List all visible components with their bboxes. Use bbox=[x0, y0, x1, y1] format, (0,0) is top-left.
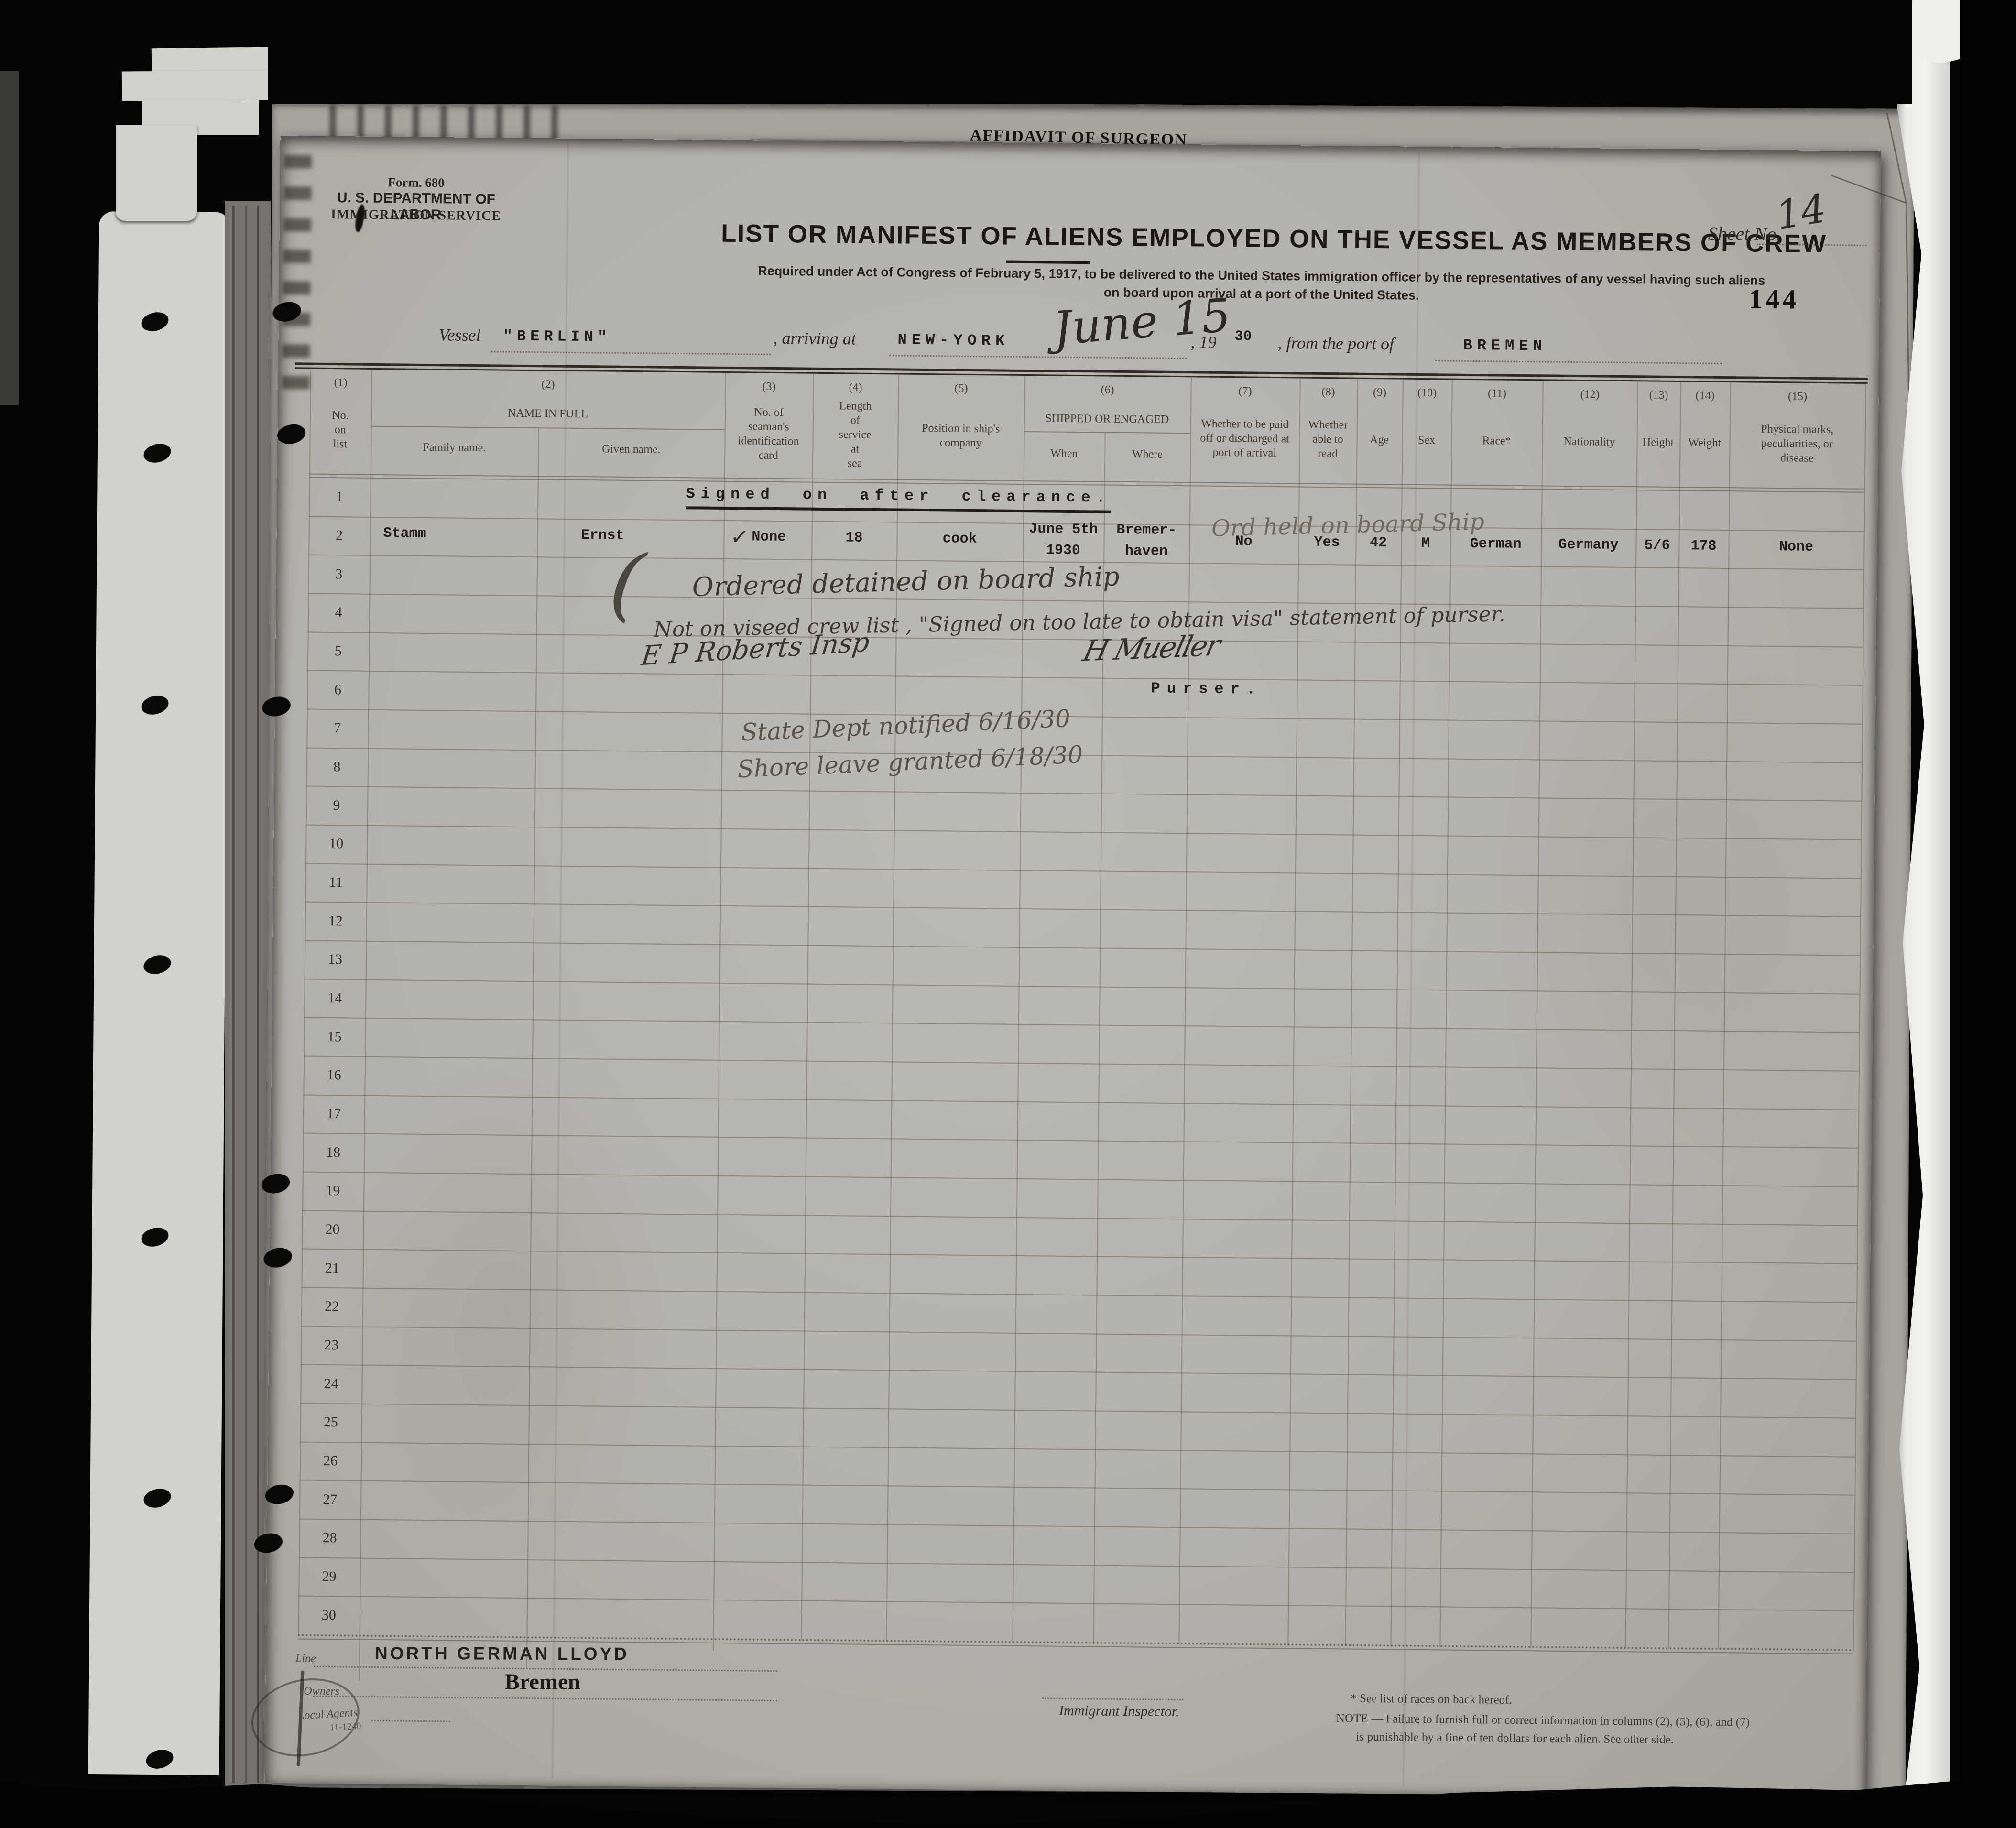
paper-stack-corner bbox=[116, 125, 197, 221]
races-note: * See list of races on back hereof. bbox=[1351, 1692, 1512, 1707]
crew-id-card-value: None bbox=[752, 529, 786, 546]
row-number: 26 bbox=[300, 1441, 361, 1480]
table-column-line bbox=[713, 373, 726, 1651]
table-row-line bbox=[303, 1094, 1858, 1110]
table-row-line bbox=[300, 1480, 1855, 1496]
row-number: 30 bbox=[298, 1596, 360, 1635]
crew-cell-id-card: ✓None bbox=[723, 517, 812, 558]
row-number: 4 bbox=[308, 593, 370, 632]
column-header: Length of service at sea bbox=[812, 393, 898, 477]
row1-note: Signed on after clearance. bbox=[686, 485, 1111, 513]
port-stamp: Bremen bbox=[505, 1669, 580, 1695]
column-subheader: Where bbox=[1104, 444, 1190, 465]
table-column-line bbox=[1345, 380, 1358, 1646]
column-header: Whether able to read bbox=[1299, 398, 1357, 480]
column-header: Weight bbox=[1679, 402, 1730, 484]
crew-cell-height: 5/6 bbox=[1635, 525, 1679, 566]
crew-cell-weight: 178 bbox=[1678, 526, 1729, 566]
row-number: 24 bbox=[300, 1364, 362, 1404]
row-number: 6 bbox=[307, 670, 369, 709]
table-row-line bbox=[301, 1326, 1856, 1341]
row-number: 14 bbox=[304, 979, 366, 1018]
table-column-line bbox=[1178, 378, 1191, 1644]
paper-sliver bbox=[0, 71, 19, 405]
table-row-line bbox=[307, 670, 1863, 686]
table-column-line bbox=[1718, 383, 1731, 1650]
table-column-line bbox=[1625, 382, 1638, 1649]
row-number: 25 bbox=[300, 1403, 361, 1442]
row-number: 27 bbox=[299, 1480, 361, 1519]
microfilm-scan: AFFIDAVIT OF SURGEON Form. 680 U bbox=[0, 0, 2016, 1828]
table-row-line bbox=[306, 825, 1861, 840]
crew-cell-shipped: Bremer- haven bbox=[1103, 518, 1189, 565]
row-number: 3 bbox=[308, 555, 370, 594]
column-header: Sex bbox=[1402, 399, 1452, 482]
table-row-line bbox=[300, 1403, 1855, 1419]
row-number: 22 bbox=[301, 1287, 363, 1327]
column-header: Nationality bbox=[1542, 400, 1637, 483]
row-number: 28 bbox=[299, 1519, 360, 1558]
row-number: 13 bbox=[305, 940, 366, 979]
checkmark-glyph: ✓ bbox=[730, 522, 748, 553]
column-subheader: Family name. bbox=[371, 437, 538, 458]
paper-edge-line bbox=[245, 206, 247, 1783]
line-label: Line bbox=[295, 1652, 316, 1665]
row-number: 9 bbox=[306, 786, 368, 825]
form-code: 11-1240 bbox=[329, 1721, 361, 1734]
table-row-line bbox=[299, 1519, 1854, 1534]
crew-cell-nationality: Germany bbox=[1541, 524, 1636, 566]
row-number: 15 bbox=[304, 1017, 365, 1056]
column-header: SHIPPED OR ENGAGED bbox=[1024, 404, 1191, 434]
row-number: 2 bbox=[308, 516, 370, 555]
row-number: 29 bbox=[298, 1557, 360, 1596]
manifest-sheet: Form. 680 U. S. DEPARTMENT OF LABOR IMMI… bbox=[265, 136, 1881, 1798]
row-number: 18 bbox=[303, 1133, 364, 1172]
table-row-line bbox=[307, 709, 1862, 725]
table-column-line bbox=[1287, 379, 1300, 1646]
column-header: Age bbox=[1356, 399, 1403, 481]
column-header: No. of seaman's identification card bbox=[724, 392, 813, 476]
table-column-line bbox=[1530, 381, 1543, 1648]
table-column-line bbox=[801, 374, 814, 1641]
table-column-line bbox=[1668, 382, 1681, 1649]
table-row-line bbox=[305, 940, 1860, 956]
table-row-line bbox=[305, 863, 1861, 879]
column-subheader: When bbox=[1024, 443, 1104, 464]
row-number: 20 bbox=[302, 1210, 363, 1249]
row-number: 12 bbox=[305, 902, 366, 941]
crew-cell-position: cook bbox=[896, 518, 1023, 560]
company-stamp: NORTH GERMAN LLOYD bbox=[375, 1643, 629, 1664]
column-header: No. on list bbox=[309, 389, 371, 471]
column-header: Whether to be paid off or discharged at … bbox=[1190, 397, 1300, 480]
row-number: 11 bbox=[305, 863, 367, 902]
table-row-line bbox=[303, 1133, 1858, 1149]
column-subheader: Given name. bbox=[538, 438, 724, 460]
row-number: 16 bbox=[303, 1056, 365, 1095]
purser-label: Purser. bbox=[1151, 680, 1262, 698]
table-column-line bbox=[1853, 384, 1866, 1651]
table-row-line bbox=[299, 1557, 1854, 1573]
crew-cell-shipped: June 5th 1930 bbox=[1023, 517, 1104, 564]
row-number: 5 bbox=[307, 631, 369, 671]
table-row-line bbox=[300, 1441, 1855, 1457]
table-row-line bbox=[304, 1056, 1859, 1072]
column-number: (6) bbox=[1024, 381, 1190, 399]
column-header: Physical marks, peculiarities, or diseas… bbox=[1729, 402, 1865, 486]
purser-signature: H Mueller bbox=[1079, 629, 1222, 668]
table-row-line bbox=[301, 1287, 1856, 1303]
table-column-line bbox=[1390, 380, 1403, 1647]
inspector-label: Immigrant Inspector. bbox=[1059, 1703, 1179, 1720]
table-row-line bbox=[305, 979, 1860, 994]
table-row-line bbox=[303, 1172, 1858, 1187]
table-row-line bbox=[304, 1017, 1859, 1033]
row-number: 1 bbox=[309, 478, 371, 517]
paper-edge-line bbox=[232, 206, 235, 1783]
row-number: 23 bbox=[301, 1326, 362, 1365]
table-row-line bbox=[306, 747, 1862, 763]
crew-cell-service_years: 18 bbox=[811, 518, 897, 559]
right-black-band bbox=[1960, 0, 2016, 1828]
table-column-line bbox=[1439, 381, 1452, 1647]
row-number: 17 bbox=[303, 1094, 365, 1133]
column-header: NAME IN FULL bbox=[371, 398, 725, 430]
table-row-line bbox=[301, 1364, 1856, 1380]
manifest-table: 1234567891011121314151617181920212223242… bbox=[265, 136, 1881, 1798]
row-number: 8 bbox=[306, 747, 368, 786]
table-row-line bbox=[305, 902, 1860, 917]
column-number: (2) bbox=[371, 375, 725, 394]
crew-cell-physical_marks: None bbox=[1728, 526, 1864, 568]
table-row-line bbox=[306, 786, 1862, 802]
table-row-line bbox=[298, 1596, 1853, 1611]
row-number: 19 bbox=[302, 1172, 364, 1211]
column-header: Position in ship's company bbox=[897, 394, 1024, 478]
column-header: Race* bbox=[1451, 400, 1543, 483]
crew-cell-family_name: Stamm bbox=[370, 513, 537, 555]
row-number: 7 bbox=[306, 709, 368, 748]
table-row-line bbox=[302, 1210, 1857, 1226]
row-number: 10 bbox=[305, 825, 367, 864]
table-column-line bbox=[886, 375, 899, 1642]
row-number: 21 bbox=[301, 1249, 363, 1288]
column-header: Height bbox=[1636, 401, 1680, 484]
top-black-band bbox=[268, 0, 1912, 104]
table-row-line bbox=[302, 1249, 1857, 1264]
